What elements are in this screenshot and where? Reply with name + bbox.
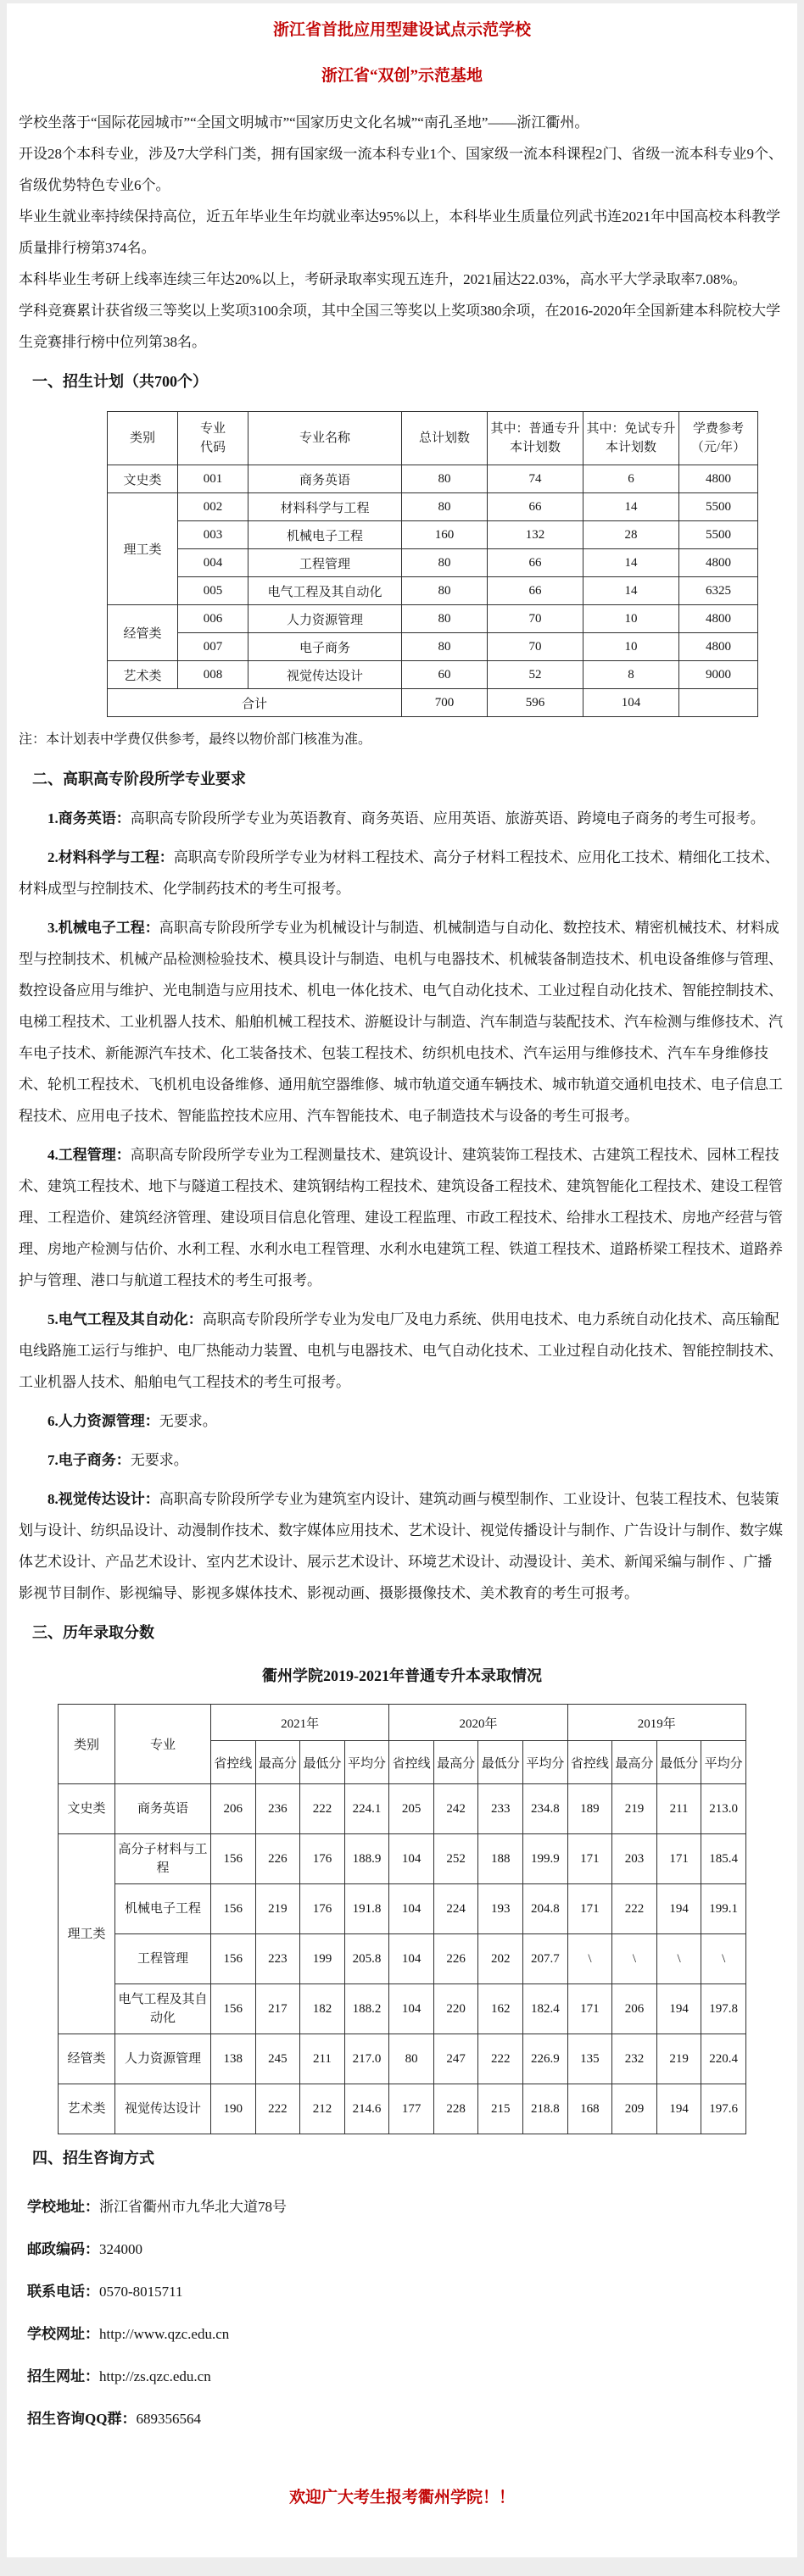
scores-value-cell: 214.6 <box>344 2084 389 2134</box>
plan-total-cell: 596 <box>488 689 583 717</box>
plan-cell: 80 <box>402 577 488 605</box>
scores-value-cell: 194 <box>656 1984 701 2034</box>
scores-value-cell: 245 <box>255 2034 300 2084</box>
doc-title-line1: 浙江省首批应用型建设试点示范学校 <box>19 19 785 42</box>
plan-table-note: 注：本计划表中学费仅供参考，最终以物价部门核准为准。 <box>19 724 785 755</box>
contact-line-value: 0570-8015711 <box>99 2284 183 2300</box>
plan-cell: 005 <box>178 577 248 605</box>
scores-value-cell: 217 <box>255 1984 300 2034</box>
requirement-item: 1.商务英语：高职高专阶段所学专业为英语教育、商务英语、应用英语、旅游英语、跨境… <box>19 803 785 834</box>
scores-value-cell: 247 <box>433 2034 478 2084</box>
plan-cell: 人力资源管理 <box>248 605 402 633</box>
scores-value-cell: 199.9 <box>523 1834 568 1884</box>
plan-header-cell: 专业名称 <box>248 412 402 465</box>
plan-header-cell: 总计划数 <box>402 412 488 465</box>
plan-cell: 001 <box>178 465 248 493</box>
scores-row: 经管类人力资源管理138245211217.080247222226.91352… <box>59 2034 746 2084</box>
plan-cell: 80 <box>402 633 488 661</box>
plan-cell: 4800 <box>679 549 758 577</box>
scores-header-metric: 省控线 <box>389 1741 434 1784</box>
requirement-item-text: 无要求。 <box>159 1413 217 1429</box>
scores-table-head: 类别专业2021年2020年2019年省控线最高分最低分平均分省控线最高分最低分… <box>59 1705 746 1784</box>
requirement-item: 7.电子商务：无要求。 <box>19 1444 785 1476</box>
scores-value-cell: 156 <box>211 1934 256 1984</box>
scores-value-cell: 222 <box>612 1884 657 1934</box>
section-heading-past-scores: 三、历年录取分数 <box>19 1617 785 1649</box>
scores-value-cell: 104 <box>389 1984 434 2034</box>
scores-value-cell: 188 <box>478 1834 523 1884</box>
scores-value-cell: 220 <box>433 1984 478 2034</box>
plan-cell: 70 <box>488 605 583 633</box>
scores-value-cell: 156 <box>211 1884 256 1934</box>
scores-value-cell: 211 <box>656 1784 701 1834</box>
plan-row: 文史类001商务英语807464800 <box>108 465 758 493</box>
plan-cell: 商务英语 <box>248 465 402 493</box>
contact-line-label: 学校网址： <box>27 2326 99 2342</box>
plan-row: 003机械电子工程160132285500 <box>108 521 758 549</box>
plan-cell: 14 <box>583 549 679 577</box>
scores-value-cell: 228 <box>433 2084 478 2134</box>
scores-value-cell: 242 <box>433 1784 478 1834</box>
contact-line-label: 联系电话： <box>27 2284 99 2300</box>
requirement-item-label: 8.视觉传达设计： <box>47 1491 159 1507</box>
contact-line-label: 招生网址： <box>27 2368 99 2384</box>
scores-major-cell: 机械电子工程 <box>115 1884 211 1934</box>
scores-value-cell: \ <box>656 1934 701 1984</box>
scores-value-cell: 191.8 <box>344 1884 389 1934</box>
scores-value-cell: 232 <box>612 2034 657 2084</box>
requirement-item: 4.工程管理：高职高专阶段所学专业为工程测量技术、建筑设计、建筑装饰工程技术、古… <box>19 1139 785 1296</box>
scores-table-title: 衢州学院2019-2021年普通专升本录取情况 <box>19 1661 785 1692</box>
scores-major-cell: 高分子材料与工程 <box>115 1834 211 1884</box>
scores-header-category: 类别 <box>59 1705 115 1784</box>
requirement-item-text: 高职高专阶段所学专业为英语教育、商务英语、应用英语、旅游英语、跨境电子商务的考生… <box>131 810 765 826</box>
scores-header-metric: 最低分 <box>478 1741 523 1784</box>
plan-cell: 10 <box>583 633 679 661</box>
scores-value-cell: 252 <box>433 1834 478 1884</box>
scores-value-cell: 176 <box>300 1884 345 1934</box>
scores-value-cell: 177 <box>389 2084 434 2134</box>
requirement-item: 5.电气工程及其自动化：高职高专阶段所学专业为发电厂及电力系统、供用电技术、电力… <box>19 1304 785 1398</box>
requirement-item-text: 高职高专阶段所学专业为工程测量技术、建筑设计、建筑装饰工程技术、古建筑工程技术、… <box>19 1147 783 1288</box>
scores-value-cell: 104 <box>389 1934 434 1984</box>
plan-cell: 132 <box>488 521 583 549</box>
scores-value-cell: 194 <box>656 1884 701 1934</box>
scores-header-metric: 最高分 <box>255 1741 300 1784</box>
scores-header-major: 专业 <box>115 1705 211 1784</box>
scores-value-cell: 219 <box>612 1784 657 1834</box>
intro-section: 学校坐落于“国际花园城市”“全国文明城市”“国家历史文化名城”“南孔圣地”——浙… <box>19 107 785 358</box>
doc-title-line2: 浙江省“双创”示范基地 <box>19 64 785 88</box>
scores-value-cell: 176 <box>300 1834 345 1884</box>
scores-value-cell: 156 <box>211 1834 256 1884</box>
contact-line-label: 邮政编码： <box>27 2241 99 2257</box>
scores-header-row-years: 类别专业2021年2020年2019年 <box>59 1705 746 1741</box>
scores-header-metric: 最高分 <box>433 1741 478 1784</box>
requirement-item-text: 高职高专阶段所学专业为建筑室内设计、建筑动画与模型制作、工业设计、包装工程技术、… <box>19 1491 783 1601</box>
requirement-item-label: 5.电气工程及其自动化： <box>47 1311 203 1327</box>
plan-cell: 007 <box>178 633 248 661</box>
scores-value-cell: 234.8 <box>523 1784 568 1834</box>
plan-cell: 52 <box>488 661 583 689</box>
plan-cell: 80 <box>402 493 488 521</box>
contact-section: 学校地址：浙江省衢州市九华北大道78号邮政编码：324000联系电话：0570-… <box>19 2186 785 2440</box>
plan-cell: 4800 <box>679 605 758 633</box>
plan-header-cell: 其中：免试专升 本计划数 <box>583 412 679 465</box>
plan-cell: 电子商务 <box>248 633 402 661</box>
scores-value-cell: 202 <box>478 1934 523 1984</box>
requirement-item: 8.视觉传达设计：高职高专阶段所学专业为建筑室内设计、建筑动画与模型制作、工业设… <box>19 1483 785 1609</box>
scores-category-cell: 艺术类 <box>59 2084 115 2134</box>
scores-value-cell: 168 <box>567 2084 612 2134</box>
footer-welcome-text: 欢迎广大考生报考衢州学院！！ <box>19 2484 785 2507</box>
scores-value-cell: 135 <box>567 2034 612 2084</box>
plan-total-cell: 700 <box>402 689 488 717</box>
scores-row: 艺术类视觉传达设计190222212214.6177228215218.8168… <box>59 2084 746 2134</box>
scores-value-cell: 171 <box>567 1884 612 1934</box>
plan-cell: 66 <box>488 493 583 521</box>
scores-value-cell: 233 <box>478 1784 523 1834</box>
scores-major-cell: 电气工程及其自动化 <box>115 1984 211 2034</box>
contact-line-value: 689356564 <box>136 2411 201 2427</box>
section-heading-major-requirements: 二、高职高专阶段所学专业要求 <box>19 764 785 795</box>
scores-value-cell: 171 <box>567 1984 612 2034</box>
scores-value-cell: 226 <box>433 1934 478 1984</box>
contact-line-label: 学校地址： <box>27 2199 99 2215</box>
scores-value-cell: 185.4 <box>701 1834 746 1884</box>
plan-header-cell: 类别 <box>108 412 178 465</box>
scores-value-cell: 182 <box>300 1984 345 2034</box>
scores-value-cell: 224 <box>433 1884 478 1934</box>
intro-paragraph: 毕业生就业率持续保持高位，近五年毕业生年均就业率达95%以上，本科毕业生质量位列… <box>19 201 785 264</box>
plan-row: 004工程管理8066144800 <box>108 549 758 577</box>
plan-total-row: 合计700596104 <box>108 689 758 717</box>
admission-plan-table-body: 文史类001商务英语807464800理工类002材料科学与工程80661455… <box>108 465 758 717</box>
plan-cell: 80 <box>402 605 488 633</box>
scores-value-cell: 236 <box>255 1784 300 1834</box>
contact-line: 学校网址：http://www.qzc.edu.cn <box>19 2313 785 2356</box>
contact-line-value: http://zs.qzc.edu.cn <box>99 2368 211 2384</box>
contact-line-value: 浙江省衢州市九华北大道78号 <box>99 2199 287 2215</box>
plan-cell: 74 <box>488 465 583 493</box>
plan-cell: 4800 <box>679 633 758 661</box>
requirements-section: 1.商务英语：高职高专阶段所学专业为英语教育、商务英语、应用英语、旅游英语、跨境… <box>19 803 785 1609</box>
scores-value-cell: 213.0 <box>701 1784 746 1834</box>
scores-value-cell: 199 <box>300 1934 345 1984</box>
section-heading-contact: 四、招生咨询方式 <box>19 2143 785 2174</box>
scores-value-cell: \ <box>701 1934 746 1984</box>
scores-value-cell: 104 <box>389 1834 434 1884</box>
plan-total-label: 合计 <box>108 689 402 717</box>
plan-cell: 008 <box>178 661 248 689</box>
admission-plan-table-head: 类别专业 代码专业名称总计划数其中：普通专升 本计划数其中：免试专升 本计划数学… <box>108 412 758 465</box>
plan-cell: 视觉传达设计 <box>248 661 402 689</box>
plan-cell: 66 <box>488 577 583 605</box>
scores-value-cell: 209 <box>612 2084 657 2134</box>
scores-row: 工程管理156223199205.8104226202207.7\\\\ <box>59 1934 746 1984</box>
scores-value-cell: 223 <box>255 1934 300 1984</box>
scores-value-cell: 206 <box>211 1784 256 1834</box>
plan-cell: 002 <box>178 493 248 521</box>
scores-value-cell: 211 <box>300 2034 345 2084</box>
plan-cell: 006 <box>178 605 248 633</box>
intro-paragraph: 开设28个本科专业，涉及7大学科门类，拥有国家级一流本科专业1个、国家级一流本科… <box>19 138 785 201</box>
plan-total-cell: 104 <box>583 689 679 717</box>
plan-row: 理工类002材料科学与工程8066145500 <box>108 493 758 521</box>
plan-category-cell: 文史类 <box>108 465 178 493</box>
scores-header-metric: 平均分 <box>701 1741 746 1784</box>
scores-row: 机械电子工程156219176191.8104224193204.8171222… <box>59 1884 746 1934</box>
scores-value-cell: \ <box>567 1934 612 1984</box>
intro-paragraph: 本科毕业生考研上线率连续三年达20%以上，考研录取率实现五连升，2021届达22… <box>19 264 785 295</box>
scores-category-cell: 文史类 <box>59 1784 115 1834</box>
scores-value-cell: 197.8 <box>701 1984 746 2034</box>
contact-line: 招生咨询QQ群：689356564 <box>19 2398 785 2440</box>
plan-header-cell: 学费参考 （元/年） <box>679 412 758 465</box>
requirement-item-label: 3.机械电子工程： <box>47 920 159 936</box>
plan-header-cell: 其中：普通专升 本计划数 <box>488 412 583 465</box>
scores-row: 理工类高分子材料与工程156226176188.9104252188199.91… <box>59 1834 746 1884</box>
scores-value-cell: 171 <box>656 1834 701 1884</box>
scores-value-cell: 207.7 <box>523 1934 568 1984</box>
plan-cell: 机械电子工程 <box>248 521 402 549</box>
scores-header-metric: 最高分 <box>612 1741 657 1784</box>
plan-row: 007电子商务8070104800 <box>108 633 758 661</box>
scores-value-cell: 222 <box>300 1784 345 1834</box>
scores-header-metric: 省控线 <box>211 1741 256 1784</box>
scores-value-cell: 188.9 <box>344 1834 389 1884</box>
plan-cell: 10 <box>583 605 679 633</box>
plan-cell: 5500 <box>679 521 758 549</box>
plan-cell: 80 <box>402 549 488 577</box>
scores-value-cell: 224.1 <box>344 1784 389 1834</box>
admission-plan-table: 类别专业 代码专业名称总计划数其中：普通专升 本计划数其中：免试专升 本计划数学… <box>107 411 758 717</box>
scores-row: 电气工程及其自动化156217182188.2104220162182.4171… <box>59 1984 746 2034</box>
plan-cell: 160 <box>402 521 488 549</box>
contact-line-value: http://www.qzc.edu.cn <box>99 2326 229 2342</box>
scores-value-cell: 219 <box>656 2034 701 2084</box>
plan-row: 经管类006人力资源管理8070104800 <box>108 605 758 633</box>
scores-major-cell: 商务英语 <box>115 1784 211 1834</box>
scores-value-cell: 194 <box>656 2084 701 2134</box>
requirement-item: 2.材料科学与工程：高职高专阶段所学专业为材料工程技术、高分子材料工程技术、应用… <box>19 842 785 904</box>
scores-value-cell: \ <box>612 1934 657 1984</box>
plan-category-cell: 理工类 <box>108 493 178 605</box>
plan-cell: 003 <box>178 521 248 549</box>
contact-line: 邮政编码：324000 <box>19 2228 785 2271</box>
plan-cell: 80 <box>402 465 488 493</box>
scores-value-cell: 171 <box>567 1834 612 1884</box>
scores-header-metric: 最低分 <box>656 1741 701 1784</box>
scores-value-cell: 206 <box>612 1984 657 2034</box>
scores-value-cell: 193 <box>478 1884 523 1934</box>
scores-major-cell: 视觉传达设计 <box>115 2084 211 2134</box>
plan-cell: 28 <box>583 521 679 549</box>
scores-table-body: 文史类商务英语206236222224.1205242233234.818921… <box>59 1784 746 2134</box>
requirement-item: 6.人力资源管理：无要求。 <box>19 1405 785 1437</box>
plan-cell: 工程管理 <box>248 549 402 577</box>
scores-value-cell: 162 <box>478 1984 523 2034</box>
scores-major-cell: 工程管理 <box>115 1934 211 1984</box>
plan-category-cell: 经管类 <box>108 605 178 661</box>
plan-category-cell: 艺术类 <box>108 661 178 689</box>
scores-category-cell: 经管类 <box>59 2034 115 2084</box>
scores-value-cell: 190 <box>211 2084 256 2134</box>
intro-paragraph: 学校坐落于“国际花园城市”“全国文明城市”“国家历史文化名城”“南孔圣地”——浙… <box>19 107 785 138</box>
scores-header-year: 2021年 <box>211 1705 389 1741</box>
scores-value-cell: 80 <box>389 2034 434 2084</box>
plan-cell: 66 <box>488 549 583 577</box>
scores-header-metric: 最低分 <box>300 1741 345 1784</box>
scores-major-cell: 人力资源管理 <box>115 2034 211 2084</box>
scores-value-cell: 212 <box>300 2084 345 2134</box>
scores-value-cell: 220.4 <box>701 2034 746 2084</box>
plan-cell: 6325 <box>679 577 758 605</box>
scores-value-cell: 215 <box>478 2084 523 2134</box>
requirement-item-label: 7.电子商务： <box>47 1452 131 1468</box>
scores-value-cell: 219 <box>255 1884 300 1934</box>
scores-value-cell: 104 <box>389 1884 434 1934</box>
plan-cell: 14 <box>583 577 679 605</box>
plan-cell: 14 <box>583 493 679 521</box>
plan-cell: 5500 <box>679 493 758 521</box>
plan-cell: 电气工程及其自动化 <box>248 577 402 605</box>
plan-row: 艺术类008视觉传达设计605289000 <box>108 661 758 689</box>
plan-cell: 4800 <box>679 465 758 493</box>
scores-value-cell: 199.1 <box>701 1884 746 1934</box>
scores-value-cell: 226 <box>255 1834 300 1884</box>
requirement-item-label: 2.材料科学与工程： <box>47 849 174 865</box>
scores-value-cell: 203 <box>612 1834 657 1884</box>
requirement-item-text: 无要求。 <box>131 1452 188 1468</box>
section-heading-admission-plan: 一、招生计划（共700个） <box>19 366 785 398</box>
scores-value-cell: 205 <box>389 1784 434 1834</box>
plan-header-row: 类别专业 代码专业名称总计划数其中：普通专升 本计划数其中：免试专升 本计划数学… <box>108 412 758 465</box>
plan-row: 005电气工程及其自动化8066146325 <box>108 577 758 605</box>
scores-table: 类别专业2021年2020年2019年省控线最高分最低分平均分省控线最高分最低分… <box>58 1704 746 2134</box>
scores-value-cell: 189 <box>567 1784 612 1834</box>
contact-line: 学校地址：浙江省衢州市九华北大道78号 <box>19 2186 785 2228</box>
scores-value-cell: 226.9 <box>523 2034 568 2084</box>
scores-value-cell: 197.6 <box>701 2084 746 2134</box>
plan-cell: 60 <box>402 661 488 689</box>
scores-header-year: 2020年 <box>389 1705 567 1741</box>
plan-cell: 6 <box>583 465 679 493</box>
requirement-item-label: 1.商务英语： <box>47 810 131 826</box>
plan-cell: 70 <box>488 633 583 661</box>
plan-total-cell <box>679 689 758 717</box>
scores-header-metric: 平均分 <box>523 1741 568 1784</box>
scores-header-metric: 平均分 <box>344 1741 389 1784</box>
scores-value-cell: 222 <box>255 2084 300 2134</box>
plan-cell: 004 <box>178 549 248 577</box>
scores-value-cell: 218.8 <box>523 2084 568 2134</box>
intro-paragraph: 学科竞赛累计获省级三等奖以上奖项3100余项，其中全国三等奖以上奖项380余项，… <box>19 295 785 358</box>
plan-cell: 9000 <box>679 661 758 689</box>
scores-value-cell: 217.0 <box>344 2034 389 2084</box>
scores-value-cell: 182.4 <box>523 1984 568 2034</box>
scores-header-year: 2019年 <box>567 1705 745 1741</box>
scores-row: 文史类商务英语206236222224.1205242233234.818921… <box>59 1784 746 1834</box>
scores-value-cell: 188.2 <box>344 1984 389 2034</box>
plan-cell: 8 <box>583 661 679 689</box>
contact-line-label: 招生咨询QQ群： <box>27 2411 136 2427</box>
plan-cell: 材料科学与工程 <box>248 493 402 521</box>
scores-value-cell: 222 <box>478 2034 523 2084</box>
contact-line-value: 324000 <box>99 2241 142 2257</box>
scores-value-cell: 204.8 <box>523 1884 568 1934</box>
requirement-item: 3.机械电子工程：高职高专阶段所学专业为机械设计与制造、机械制造与自动化、数控技… <box>19 912 785 1132</box>
document-page: 浙江省首批应用型建设试点示范学校 浙江省“双创”示范基地 学校坐落于“国际花园城… <box>7 3 797 2557</box>
scores-value-cell: 138 <box>211 2034 256 2084</box>
requirement-item-label: 4.工程管理： <box>47 1147 131 1163</box>
scores-value-cell: 205.8 <box>344 1934 389 1984</box>
requirement-item-label: 6.人力资源管理： <box>47 1413 159 1429</box>
scores-header-metric: 省控线 <box>567 1741 612 1784</box>
requirement-item-text: 高职高专阶段所学专业为机械设计与制造、机械制造与自动化、数控技术、精密机械技术、… <box>19 920 783 1124</box>
scores-category-cell: 理工类 <box>59 1834 115 2034</box>
plan-header-cell: 专业 代码 <box>178 412 248 465</box>
contact-line: 联系电话：0570-8015711 <box>19 2271 785 2313</box>
scores-value-cell: 156 <box>211 1984 256 2034</box>
contact-line: 招生网址：http://zs.qzc.edu.cn <box>19 2356 785 2398</box>
